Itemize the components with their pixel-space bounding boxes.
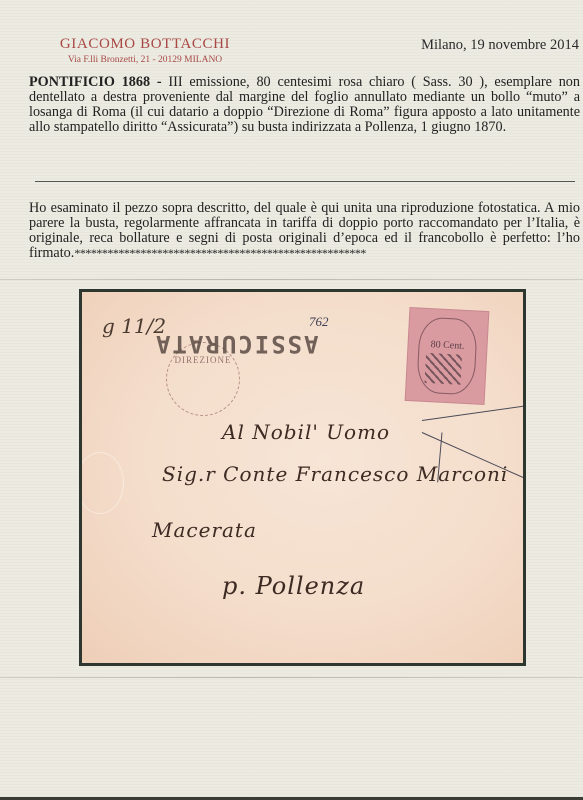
envelope-photo: g 11/2 DIREZIONE ASSICURATA 762 80 Cent.… (79, 289, 526, 666)
emboss-mark (79, 452, 124, 514)
lozenge-cancel (425, 353, 463, 385)
certificate-statement: Ho esaminato il pezzo sopra descritto, d… (29, 201, 580, 261)
letterhead-name: GIACOMO BOTTACCHI (0, 36, 290, 53)
address-line: p. Pollenza (222, 572, 365, 600)
letterhead-address: Via F.lli Bronzetti, 21 - 20129 MILANO (0, 55, 290, 65)
address-line: Al Nobil' Uomo (222, 420, 390, 444)
address-line: Sig.r Conte Francesco Marconi (162, 462, 508, 486)
assicurata-handstamp: ASSICURATA (154, 330, 319, 358)
description-title: PONTIFICIO 1868 - (29, 74, 162, 90)
fold-line (0, 677, 583, 678)
certificate-stars: ****************************************… (74, 246, 366, 260)
fold-line (0, 279, 583, 280)
separator-rule (35, 181, 575, 182)
registration-number: 762 (309, 314, 329, 330)
pencil-stroke (422, 405, 526, 421)
certificate-date: Milano, 19 novembre 2014 (421, 37, 579, 54)
stamp-description: PONTIFICIO 1868 - III emissione, 80 cent… (29, 75, 580, 135)
address-line: Macerata (152, 518, 257, 542)
postage-stamp: 80 Cent. (406, 308, 489, 404)
